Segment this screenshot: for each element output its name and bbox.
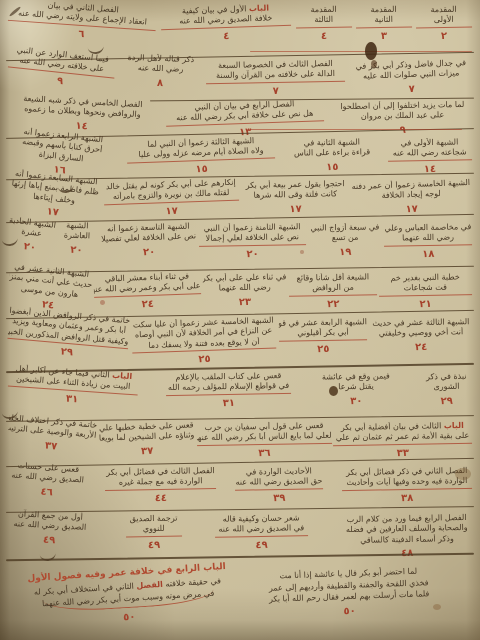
toc-row: خطبة النبي بغدير خمقت شجاعات٢١الشيعة أقل… — [8, 273, 472, 312]
page-number: ٨ — [120, 75, 199, 91]
entry-line: على أبي بكر وعمر رضي الله عنهم — [94, 282, 201, 298]
page-number: ٣١ — [166, 396, 291, 411]
entry-line: قراءة براءة على الناس — [288, 148, 376, 160]
page-number: ٤٩ — [215, 538, 308, 553]
chapter-word-red: الباب — [249, 3, 269, 13]
toc-entry: خاتمة في ذكر الروافض الذين أبغضواأبا بكر… — [6, 306, 130, 365]
page-number: ٢٠ — [199, 247, 306, 262]
page-number: ٧ — [352, 81, 473, 98]
toc-row: الشبهة الثالثة عشر في حديثأنت أخي ووصيي … — [8, 318, 472, 366]
page-number: ١٧ — [242, 202, 349, 217]
page-number: ٣٨ — [342, 491, 472, 506]
chapter-word-red: الباب — [444, 421, 464, 430]
entry-line: ترجمة الصديق — [125, 514, 181, 525]
toc-entry: الفصل الثالث في فضائل أبي بكرالواردة فيه… — [105, 466, 217, 506]
ink-stain — [371, 60, 377, 68]
entry-line: الواردة فيه وحده وفيها آيات وأحاديث — [342, 476, 472, 491]
toc-entry: ترجمة الصديقللنووي٤٩ — [125, 514, 181, 553]
toc-entry: الباب الثالث في بيان أفضلية أبي بكرعلى ب… — [332, 421, 472, 461]
entry-line: رضي الله عنهما — [384, 233, 472, 247]
toc-row: في جدال فاضل وذكر أبي بكر فيميزات النبي … — [8, 60, 472, 98]
entry-line: أبي بكر أقيلوني — [279, 328, 367, 342]
page-number: ٢٥ — [279, 342, 367, 357]
toc-entry: في جدال فاضل وذكر أبي بكر فيميزات النبي … — [351, 58, 473, 98]
toc-entry: الشبهة الرابعة عشر في قولأبي بكر أقيلوني… — [278, 317, 367, 356]
entry-line: من تسع — [308, 233, 382, 245]
toc-entry: الشبهة الثالثة عشر في حديثأنت أخي ووصيي … — [370, 317, 473, 355]
toc-entry: الشبهة الخامسة زعموا أن عمر دفنهلوجه إيج… — [351, 178, 473, 218]
toc-entry: المقدمةالثالثة٤ — [295, 5, 351, 44]
page-number: ٢٣ — [203, 295, 287, 309]
toc-entry: شعر حسان وكيفية قالهفي الصديق رضي الله ع… — [215, 513, 308, 552]
page-number: ٧ — [206, 84, 345, 99]
toc-entry: الشبهة الثانية فيقراءة براءة على الناس١٥ — [288, 137, 377, 174]
page-number: ٤٦ — [7, 483, 87, 501]
page-number: ٣٦ — [197, 446, 332, 461]
page-number: ٣٧ — [98, 443, 196, 459]
toc-row: الفصل الثاني في ذكر فضائل أبي بكرالواردة… — [8, 467, 472, 505]
entry-line: على بقية الأمة ثم عمر ثم عثمان ثم علي — [333, 431, 472, 446]
page-number: ٢ — [416, 29, 472, 43]
rule-line — [250, 129, 462, 130]
toc-entry: الأحاديث الواردة فيحق الصديق رضي الله عن… — [235, 466, 324, 505]
entry-line: لعلي لما بايع الناس أبا بكر رضي الله عنه… — [197, 431, 332, 446]
entry-line: الثانية — [356, 15, 412, 28]
entry-line: في ثناء علي على أبي بكر — [203, 272, 287, 284]
toc-entry: قعس على قول أبي سفيان بن حربلعلي لما باي… — [196, 421, 331, 461]
page-number: ١٩ — [308, 245, 382, 259]
toc-entry: قعس على كتاب الملقب بالإعلامفي قواطع الإ… — [165, 371, 291, 411]
chapter-four-heading: الباب الرابع في خلافة عمر وفيه فصول الأو… — [20, 561, 235, 631]
toc-entry: الفصل الثالث في الخصوصا السبعةالدالة على… — [206, 59, 346, 99]
entry-line: في سبعة أزواج النبي — [307, 222, 381, 234]
toc-entry: لما مات يزيد اختلفوا إلى أن اصطلحواعلى ع… — [333, 100, 473, 138]
entry-line: الدالة على خلافته من القرآن والسنة — [206, 69, 345, 84]
toc-entry: الفصل الثاني في بيانانعقاد الإجماع على و… — [7, 0, 158, 46]
entry-line: نبذة في ذكر — [421, 372, 472, 383]
toc-entry: في سبعة أزواج النبيمن تسع١٩ — [307, 222, 382, 259]
toc-entry: الشبهة الثالثة زعموا أن النبي لماولاه ال… — [126, 135, 276, 178]
closing-anecdote: لما احتضر أبو بكر قال يا عائشة إذا أنا م… — [229, 564, 469, 624]
toc-entry: المقدمةالثانية٣ — [356, 5, 412, 44]
toc-entry: في ثناء أبناء معشر الباقيعلى أبي بكر وعم… — [93, 271, 201, 312]
ink-stain — [455, 468, 471, 480]
toc-row: الشبهة الأولى فيشجاعته رضي الله عنه١٤الش… — [8, 138, 472, 177]
toc-entry: الشبهة الأولى فيشجاعته رضي الله عنه١٤ — [388, 137, 472, 176]
page-number: ٤٤ — [106, 491, 218, 506]
ink-stain — [300, 250, 304, 254]
entry-line: وذكر أسماء الدفينة كالساقي — [342, 534, 472, 547]
toc-entry: في مخاصمة العباس وعليرضي الله عنهما١٨ — [384, 222, 473, 261]
ink-stain — [100, 300, 105, 305]
page-number: ٢٩ — [421, 394, 472, 408]
entry-line: كانت فلتة وقى الله شرها — [241, 189, 348, 201]
ink-stain — [329, 386, 338, 396]
page-number: ٢٤ — [370, 340, 472, 355]
toc-entry: الشبهة الثامنة زعموا أن النبينص على الخل… — [199, 222, 306, 262]
entry-line: في قواطع الإسلام للمؤلف رحمه الله — [166, 381, 291, 396]
page-number: ٤ — [161, 28, 291, 46]
entry-line: العاشرة — [56, 231, 98, 243]
page-number: ٢٢ — [289, 297, 377, 312]
section-word-red: الفصل — [136, 579, 163, 590]
toc-entry: الشبهةالعاشرة٢٠ — [56, 220, 99, 257]
entry-line: الواردة فيه مع جملة غيره — [105, 476, 217, 490]
toc-entry: المقدمةالأولى٢ — [416, 5, 472, 44]
toc-entry: إنكارهم على أبي بكر كونه لم يقتل خالدلقت… — [103, 178, 239, 220]
page-number: ٣٠ — [319, 394, 393, 408]
rule-line — [250, 51, 472, 52]
page-number: ٢٠ — [56, 243, 98, 257]
toc-row: الباب الثالث في بيان أفضلية أبي بكرعلى ب… — [8, 422, 472, 460]
entry-line: شجاعته رضي الله عنه — [388, 148, 472, 162]
page-number: ٢٤ — [94, 296, 201, 313]
toc-entry: نبذة في ذكرالشورى٢٩ — [421, 372, 473, 409]
page-number: ٤ — [296, 29, 352, 43]
toc-entry: الشبهة الخامسة عشر زعموا أن عليا سكتعن ا… — [131, 316, 276, 369]
entry-line: الشبهة الرابعة عشر في قول — [278, 317, 366, 329]
toc-row: نبذة في ذكرالشورى٢٩فيمن وقع في عائشةيقتل… — [8, 372, 472, 410]
toc-entry: الباب الأول في بيان كيفيةخلافة الصديق رض… — [161, 3, 292, 45]
toc-entry: أول من جمع القرآنالصديق رضي الله عنه٤٩ — [7, 509, 92, 549]
entry-line: الأولى — [416, 15, 472, 28]
ink-stain — [365, 42, 377, 60]
entry-line: قت شجاعات — [379, 283, 472, 297]
subline-text: في حقيقة خلافته — [165, 576, 221, 588]
toc-entry: الشبهة التاسعة زعموا أنهنص على الخلافة ل… — [99, 221, 198, 260]
toc-entry: خطبة النبي بغدير خمقت شجاعات٢١ — [379, 272, 472, 311]
toc-entry: الفصل الثاني في ذكر فضائل أبي بكرالواردة… — [342, 466, 473, 506]
chapter-word-red: الباب — [112, 371, 133, 381]
toc-row: الشبهة الخامسة زعموا أن عمر دفنهلوجه إيج… — [8, 180, 472, 219]
entry-line: للنووي — [125, 524, 181, 537]
entry-line: من الروافض — [289, 283, 377, 297]
ink-stain — [433, 604, 441, 610]
entry-line: فيمن وقع في عائشة — [319, 371, 393, 383]
page-number: ١٨ — [384, 247, 472, 262]
entry-line: الشورى — [421, 382, 472, 393]
toc-entry: احتجوا بقول عمر بيعة أبي بكركانت فلتة وق… — [241, 179, 348, 217]
entry-line: الثالثة — [296, 15, 352, 28]
toc-entry: الشيعة أقل شأنا وقائعمن الروافض٢٢ — [288, 272, 377, 311]
entry-line: نص على الخلافة لعلي تفصيلا — [100, 232, 198, 246]
page-number: ٣٩ — [235, 491, 323, 506]
toc-row: في مخاصمة العباس وعليرضي الله عنهما١٨في … — [8, 223, 472, 261]
entry-line: الشيعة أقل شأنا وقائع — [288, 272, 376, 284]
entry-line: على عبد الملك بن مروان — [333, 110, 472, 123]
entry-line: في الصديق رضي الله عنه — [215, 524, 308, 538]
entry-line: نص على الخلافة لعلي إجمالا — [199, 232, 306, 246]
page-number: ٤٩ — [7, 532, 91, 549]
toc-entry: قعس على خطبة خطبها عليوثناؤه على الشيخين… — [97, 420, 196, 459]
entry-line: حق الصديق رضي الله عنه — [235, 477, 323, 491]
page-number: ٤٩ — [126, 538, 182, 552]
page-number: ٢٠ — [100, 244, 198, 260]
entry-line: رضي الله عنهما — [203, 283, 287, 295]
manuscript-page: المقدمةالأولى٢المقدمةالثانية٣المقدمةالثا… — [0, 0, 480, 640]
entry-line: في مخاصمة العباس وعلي — [384, 222, 472, 234]
page-number: ٣ — [356, 29, 412, 43]
toc-entry: في ثناء علي على أبي بكررضي الله عنهما٢٣ — [203, 272, 287, 309]
entry-line: وثناؤه على الشيخين لما بويعا — [98, 431, 196, 445]
entry-line: أنت أخي ووصيي وخليفتي — [370, 328, 472, 340]
toc-row: المقدمةالأولى٢المقدمةالثانية٣المقدمةالثا… — [8, 5, 472, 43]
page-number: ١٥ — [288, 160, 376, 175]
